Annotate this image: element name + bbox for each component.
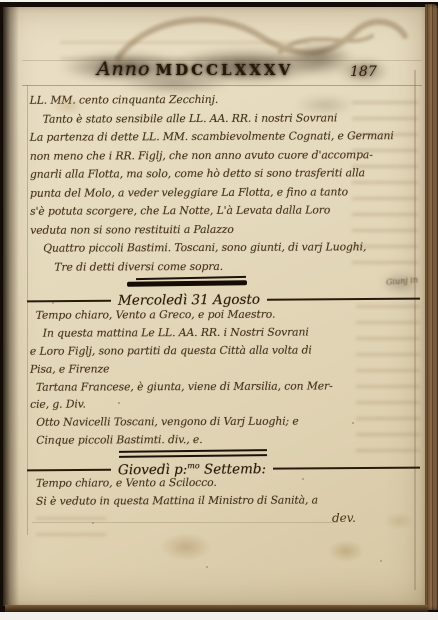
manuscript-line: s'è potuta scorgere, che La Notte, L'à L… <box>30 203 366 223</box>
manuscript-section: Tempo chiaro, Vento a Greco, e poi Maest… <box>30 307 367 452</box>
manuscript-line: La partenza di dette LL. MM. scambievolm… <box>30 129 366 149</box>
section-heading-label: Mercoledì 31 Agosto <box>118 292 260 309</box>
manuscript-line: Pisa, e Firenze <box>30 361 366 380</box>
heading-rule <box>267 298 420 301</box>
scanner-strip-top <box>0 0 438 2</box>
manuscript-line: e Loro Figlj, sono partiti da questa Cit… <box>30 343 366 362</box>
stain <box>52 96 84 116</box>
heading-rule <box>27 469 111 472</box>
ink-smudge <box>295 96 355 114</box>
manuscript-line: Quattro piccoli Bastimi. Toscani, sono g… <box>30 240 366 260</box>
scanned-manuscript-page: Anno MDCCLXXXV 187 LL. MM. cento cinquan… <box>0 0 438 620</box>
stain <box>160 533 212 561</box>
manuscript-line: Tempo chiaro, e Vento a Scilocco. <box>30 475 366 494</box>
heading-rule <box>273 467 420 470</box>
heading-rule <box>27 300 111 303</box>
manuscript-line: Otto Navicelli Toscani, vengono di Varj … <box>30 415 366 434</box>
bottom-page-edges <box>5 605 428 612</box>
manuscript-section: Tempo chiaro, e Vento a Scilocco. Si è v… <box>30 475 366 511</box>
book-binding-shadow <box>3 7 19 606</box>
catchword: dev. <box>332 511 356 525</box>
stain <box>384 512 414 530</box>
manuscript-line: Tre di detti diversi come sopra. <box>30 259 366 279</box>
manuscript-line: Tempo chiaro, Vento a Greco, e poi Maest… <box>30 307 366 326</box>
ink-smudge <box>380 272 422 294</box>
manuscript-line: Tanto è stato sensibile alle LL. AA. RR.… <box>30 111 366 131</box>
ghost-writing <box>36 512 106 538</box>
manuscript-line: punta del Molo, a veder veleggiare La Fl… <box>30 185 366 205</box>
underlying-page-edge <box>414 70 416 590</box>
footer-faint-rule <box>32 522 338 523</box>
fore-edge-page-stack <box>425 4 438 610</box>
ink-smudge <box>120 72 230 94</box>
manuscript-section: LL. MM. cento cinquanta Zecchinj. Tanto … <box>30 92 367 278</box>
manuscript-line: In questa mattina Le LL. AA. RR. i Nostr… <box>30 325 366 344</box>
manuscript-line: Si è veduto in questa Mattina il Ministr… <box>30 493 366 512</box>
manuscript-line: cie, g. Div. <box>30 397 366 416</box>
stain <box>328 540 364 562</box>
heading-superscript: mo <box>187 461 199 470</box>
manuscript-line: veduta non si sono restituiti a Palazzo <box>30 222 366 242</box>
manuscript-line: Tartana Francese, è giunta, viene di Mar… <box>30 379 366 398</box>
manuscript-line: non meno che i RR. Figlj, che non anno a… <box>30 148 366 168</box>
manuscript-line: gnarli alla Flotta, ma solo, come hò det… <box>30 166 366 186</box>
ink-smudge <box>338 58 390 84</box>
scanner-strip-bottom <box>0 612 438 620</box>
